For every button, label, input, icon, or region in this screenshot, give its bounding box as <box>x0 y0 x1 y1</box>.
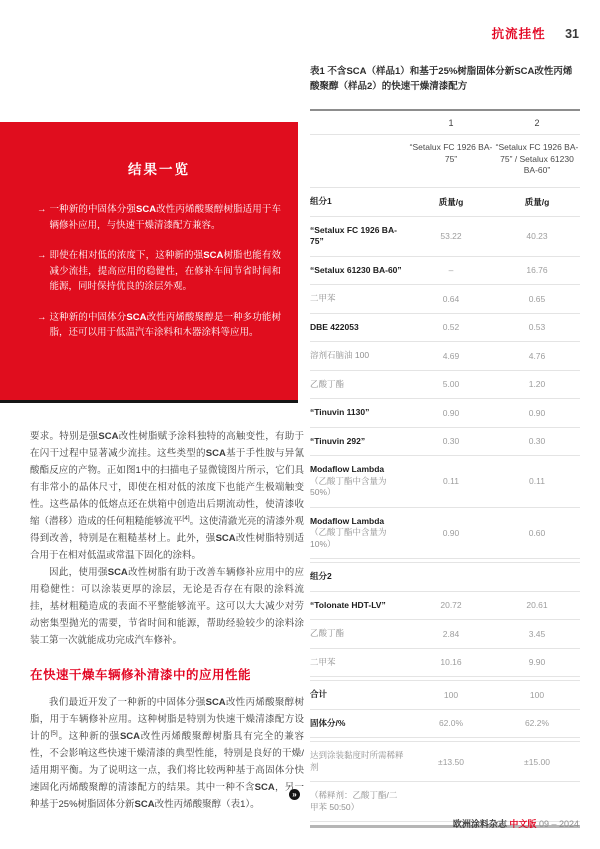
bullet-text: 即使在相对低的浓度下，这种新的强SCA树脂也能有效减少流挂，提高应用的稳健性，在… <box>50 248 282 295</box>
row-value-sample-2: 0.60 <box>494 528 580 538</box>
row-value-sample-1: 5.00 <box>408 379 494 389</box>
section-heading: 在快速干燥车辆修补清漆中的应用性能 <box>30 665 304 683</box>
formulation-table: 1 2 “Setalux FC 1926 BA-75” “Setalux FC … <box>310 109 580 828</box>
article-paragraph-3: 我们最近开发了一种新的中固体分强SCA改性丙烯酸聚醇树脂，用于车辆修补应用。这种… <box>30 694 304 813</box>
row-label: “Setalux FC 1926 BA-75” <box>310 225 408 248</box>
row-value-sample-1: ±13.50 <box>408 757 494 767</box>
row-label: 组分1 <box>310 196 408 208</box>
row-label: 达到涂装黏度时所需稀释剂 <box>310 750 408 773</box>
result-bullet-1: →一种新的中固体分强SCA改性丙烯酸聚醇树脂适用于车辆修补应用，与快速干燥清漆配… <box>37 202 281 233</box>
table-system-row: “Setalux FC 1926 BA-75” “Setalux FC 1926… <box>310 135 580 188</box>
row-value-sample-1: 100 <box>408 690 494 700</box>
bullet-arrow-icon: → <box>37 202 47 233</box>
result-bullet-2: →即使在相对低的浓度下，这种新的强SCA树脂也能有效减少流挂，提高应用的稳健性，… <box>37 248 281 295</box>
results-summary-box: 结果一览 →一种新的中固体分强SCA改性丙烯酸聚醇树脂适用于车辆修补应用，与快速… <box>0 122 298 403</box>
running-header: 抗流挂性 31 <box>492 24 579 42</box>
article-paragraph-1: 要求。特别是强SCA改性树脂赋予涂料独特的高触变性，有助于在闪干过程中显著减少流… <box>30 428 304 564</box>
row-value-sample-1: 62.0% <box>408 718 494 728</box>
row-value-sample-2: 62.2% <box>494 718 580 728</box>
article-paragraph-2: 因此，使用强SCA改性树脂有助于改善车辆修补应用中的应用稳健性：可以涂装更厚的涂… <box>30 564 304 649</box>
row-label: DBE 422053 <box>310 322 408 334</box>
footer-journal-name: 欧洲涂料杂志 <box>453 819 507 829</box>
row-label: 溶剂石脑油 100 <box>310 350 408 362</box>
row-value-sample-2: 9.90 <box>494 657 580 667</box>
row-value-sample-1: 0.11 <box>408 476 494 486</box>
table-row: 溶剂石脑油 1004.694.76 <box>310 342 580 371</box>
table-row: 达到涂装黏度时所需稀释剂±13.50±15.00 <box>310 742 580 782</box>
row-sublabel: （乙酸丁酯中含量为50%） <box>310 476 404 499</box>
row-label: （稀释剂：乙酸丁酯/二甲苯 50:50） <box>310 790 408 813</box>
page-footer: 欧洲涂料杂志 中文版 09 – 2024 <box>453 817 579 830</box>
table-sample-number-row: 1 2 <box>310 111 580 135</box>
row-value-sample-1: 53.22 <box>408 231 494 241</box>
bullet-arrow-icon: → <box>37 248 47 295</box>
bullet-text: 这种新的中固体分SCA改性丙烯酸聚醇是一种多功能树脂，还可以用于低温汽车涂料和木… <box>50 310 282 341</box>
page-number: 31 <box>565 27 579 41</box>
table-row: 合计100100 <box>310 681 580 710</box>
table-rows: 组分1质量/g质量/g“Setalux FC 1926 BA-75”53.224… <box>310 188 580 823</box>
table-column: 表1 不含SCA（样品1）和基于25%树脂固体分新SCA改性丙烯酸聚醇（样品2）… <box>310 64 580 828</box>
table-row: 组分2 <box>310 563 580 592</box>
magazine-page: 抗流挂性 31 结果一览 →一种新的中固体分强SCA改性丙烯酸聚醇树脂适用于车辆… <box>0 0 600 849</box>
results-title: 结果一览 <box>37 158 281 178</box>
sample-number-1: 1 <box>408 118 494 128</box>
bullet-arrow-icon: → <box>37 310 47 341</box>
row-value-sample-2: 0.11 <box>494 476 580 486</box>
row-value-sample-1: 0.30 <box>408 436 494 446</box>
row-value-sample-1: 0.64 <box>408 294 494 304</box>
row-value-sample-1: 0.90 <box>408 408 494 418</box>
table-row: 固体分/%62.0%62.2% <box>310 710 580 739</box>
table-row: Modaflow Lambda（乙酸丁酯中含量为10%）0.900.60 <box>310 508 580 560</box>
sample-number-2: 2 <box>494 118 580 128</box>
row-label: 二甲苯 <box>310 293 408 305</box>
table-row: 乙酸丁酯2.843.45 <box>310 620 580 649</box>
row-label: Modaflow Lambda（乙酸丁酯中含量为10%） <box>310 516 408 551</box>
row-value-sample-1: 0.52 <box>408 322 494 332</box>
table-row: 乙酸丁酯5.001.20 <box>310 371 580 400</box>
table-row: Modaflow Lambda（乙酸丁酯中含量为50%）0.110.11 <box>310 456 580 508</box>
continue-reading-icon: » <box>289 789 300 800</box>
row-value-sample-2: 40.23 <box>494 231 580 241</box>
row-value-sample-2: 0.53 <box>494 322 580 332</box>
row-value-sample-2: 3.45 <box>494 629 580 639</box>
table-row: “Tinuvin 292”0.300.30 <box>310 428 580 457</box>
row-label: Modaflow Lambda（乙酸丁酯中含量为50%） <box>310 464 408 499</box>
table-row: 二甲苯0.640.65 <box>310 285 580 314</box>
row-label: 乙酸丁酯 <box>310 379 408 391</box>
row-value-sample-2: 1.20 <box>494 379 580 389</box>
table-row: 二甲苯10.169.90 <box>310 649 580 678</box>
row-value-sample-1: 10.16 <box>408 657 494 667</box>
footer-edition: 中文版 <box>509 819 536 829</box>
table-row: “Tolonate HDT-LV”20.7220.61 <box>310 592 580 621</box>
row-label: 二甲苯 <box>310 657 408 669</box>
article-body: 要求。特别是强SCA改性树脂赋予涂料独特的高触变性，有助于在闪干过程中显著减少流… <box>30 428 304 813</box>
row-value-sample-1: 20.72 <box>408 600 494 610</box>
table-caption: 表1 不含SCA（样品1）和基于25%树脂固体分新SCA改性丙烯酸聚醇（样品2）… <box>310 64 580 94</box>
table-row: DBE 4220530.520.53 <box>310 314 580 343</box>
row-value-sample-1: – <box>408 265 494 275</box>
row-value-sample-2: ±15.00 <box>494 757 580 767</box>
table-row: “Setalux FC 1926 BA-75”53.2240.23 <box>310 217 580 257</box>
row-value-sample-1: 4.69 <box>408 351 494 361</box>
row-label: “Tinuvin 1130” <box>310 407 408 419</box>
row-label: “Tolonate HDT-LV” <box>310 600 408 612</box>
results-bullets: →一种新的中固体分强SCA改性丙烯酸聚醇树脂适用于车辆修补应用，与快速干燥清漆配… <box>37 202 281 341</box>
row-value-sample-2: 16.76 <box>494 265 580 275</box>
footer-issue: 09 – 2024 <box>539 819 579 829</box>
table-row: 组分1质量/g质量/g <box>310 188 580 217</box>
row-value-sample-2: 0.90 <box>494 408 580 418</box>
table-row: “Setalux 61230 BA-60”–16.76 <box>310 257 580 286</box>
row-value-sample-2: 4.76 <box>494 351 580 361</box>
result-bullet-3: →这种新的中固体分SCA改性丙烯酸聚醇是一种多功能树脂，还可以用于低温汽车涂料和… <box>37 310 281 341</box>
row-value-sample-2: 100 <box>494 690 580 700</box>
row-value-sample-2: 0.30 <box>494 436 580 446</box>
header-topic: 抗流挂性 <box>492 27 546 41</box>
bullet-text: 一种新的中固体分强SCA改性丙烯酸聚醇树脂适用于车辆修补应用，与快速干燥清漆配方… <box>50 202 282 233</box>
row-label: “Tinuvin 292” <box>310 436 408 448</box>
row-value-sample-2: 0.65 <box>494 294 580 304</box>
row-value-sample-1: 0.90 <box>408 528 494 538</box>
row-value-sample-2: 质量/g <box>494 196 580 208</box>
sample-system-2: “Setalux FC 1926 BA-75” / Setalux 61230 … <box>494 142 580 177</box>
row-label: 合计 <box>310 689 408 701</box>
row-label: 固体分/% <box>310 718 408 730</box>
table-row: （稀释剂：乙酸丁酯/二甲苯 50:50） <box>310 782 580 822</box>
row-label: 乙酸丁酯 <box>310 628 408 640</box>
row-label: “Setalux 61230 BA-60” <box>310 265 408 277</box>
row-value-sample-1: 2.84 <box>408 629 494 639</box>
table-row: “Tinuvin 1130”0.900.90 <box>310 399 580 428</box>
row-label: 组分2 <box>310 571 408 583</box>
row-value-sample-2: 20.61 <box>494 600 580 610</box>
sample-system-1: “Setalux FC 1926 BA-75” <box>408 142 494 165</box>
row-value-sample-1: 质量/g <box>408 196 494 208</box>
row-sublabel: （乙酸丁酯中含量为10%） <box>310 527 404 550</box>
